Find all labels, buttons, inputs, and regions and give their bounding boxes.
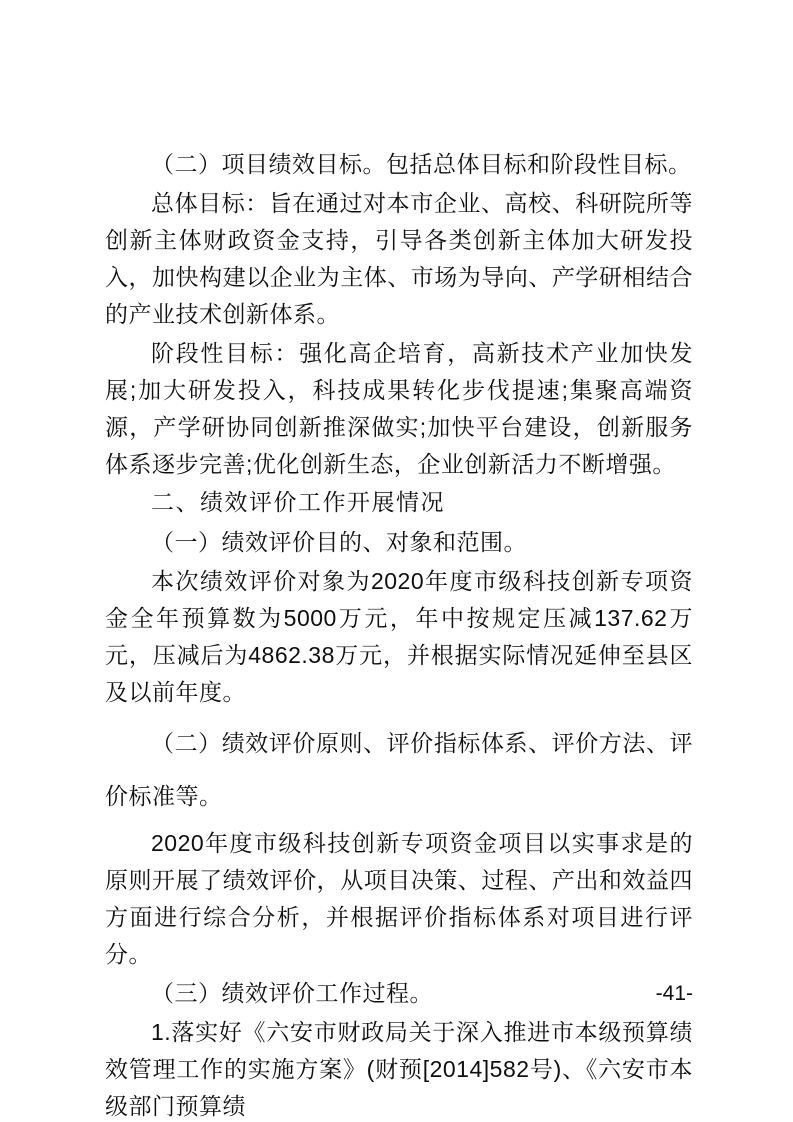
para-evaluation-method: 2020年度市级科技创新专项资金项目以实事求是的原则开展了绩效评价，从项目决策、… bbox=[105, 825, 693, 973]
para-stage-goal: 阶段性目标：强化高企培育，高新技术产业加快发展;加大研发投入，科技成果转化步伐提… bbox=[105, 335, 693, 483]
document-page: （二）项目绩效目标。包括总体目标和阶段性目标。 总体目标：旨在通过对本市企业、高… bbox=[0, 0, 793, 1122]
section-heading-evaluation-work: 二、绩效评价工作开展情况 bbox=[105, 485, 693, 522]
para-subsection-3-process: （三）绩效评价工作过程。 bbox=[105, 975, 693, 1012]
page-number: -41- bbox=[656, 982, 693, 1006]
para-subsection-1-purpose-scope: （一）绩效评价目的、对象和范围。 bbox=[105, 524, 693, 561]
para-project-performance-goals: （二）项目绩效目标。包括总体目标和阶段性目标。 bbox=[105, 146, 693, 183]
document-body: （二）项目绩效目标。包括总体目标和阶段性目标。 总体目标：旨在通过对本市企业、高… bbox=[105, 146, 693, 1122]
para-implementation-plan: 1.落实好《六安市财政局关于深入推进市本级预算绩效管理工作的实施方案》(财预[2… bbox=[105, 1014, 693, 1122]
para-overall-goal: 总体目标：旨在通过对本市企业、高校、科研院所等创新主体财政资金支持，引导各类创新… bbox=[105, 185, 693, 333]
para-subsection-2-principles: （二）绩效评价原则、评价指标体系、评价方法、评价标准等。 bbox=[105, 717, 693, 823]
para-evaluation-object-budget: 本次绩效评价对象为2020年度市级科技创新专项资金全年预算数为5000万元，年中… bbox=[105, 563, 693, 711]
